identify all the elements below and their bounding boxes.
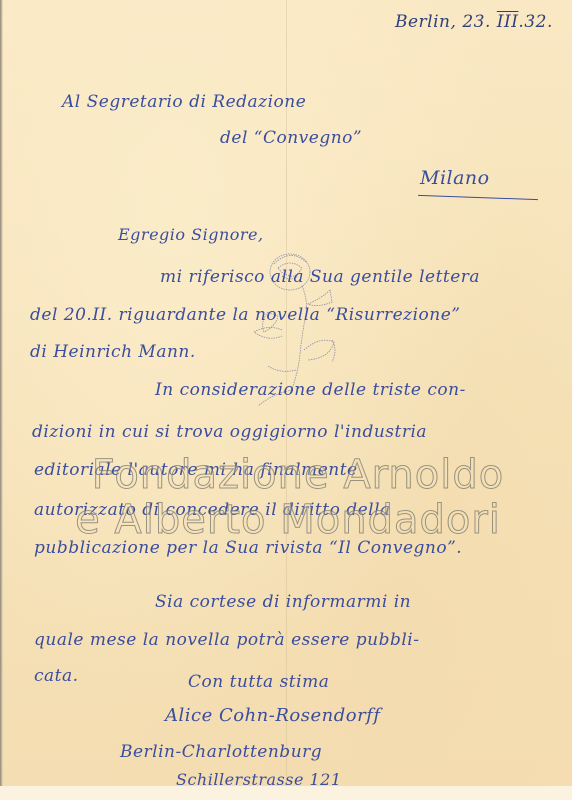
date-month: III: [497, 12, 519, 32]
signature: Alice Cohn-Rosendorff: [165, 705, 381, 726]
closing: Con tutta stima: [188, 672, 329, 692]
salutation: Egregio Signore,: [118, 225, 264, 244]
recipient-line-2: del “Convegno”: [220, 128, 362, 148]
paper-left-edge: [0, 0, 3, 800]
body-line: mi riferisco alla Sua gentile lettera: [160, 267, 480, 287]
recipient-city: Milano: [420, 167, 490, 189]
body-line: In considerazione delle triste con-: [155, 380, 466, 400]
body-line: dizioni in cui si trova oggigiorno l'ind…: [32, 422, 427, 442]
sender-address-line-1: Berlin-Charlottenburg: [120, 742, 322, 762]
recipient-line-1: Al Segretario di Redazione: [62, 92, 306, 112]
letter-date: Berlin, 23. III.32.: [395, 12, 553, 32]
body-line: Sia cortese di informarmi in: [155, 592, 411, 612]
body-line: quale mese la novella potrà essere pubbl…: [34, 630, 419, 650]
date-place: Berlin,: [395, 12, 456, 32]
date-year: .32.: [518, 12, 552, 32]
paper-bottom-edge: [0, 786, 572, 800]
body-line: cata.: [34, 666, 79, 686]
body-line: del 20.II. riguardante la novella “Risur…: [30, 305, 460, 325]
body-line: di Heinrich Mann.: [30, 342, 196, 362]
watermark-line-2: e Alberto Mondadori: [2, 497, 572, 543]
watermark-line-1: Fondazione Arnoldo: [12, 452, 572, 498]
date-day: 23.: [462, 12, 491, 32]
